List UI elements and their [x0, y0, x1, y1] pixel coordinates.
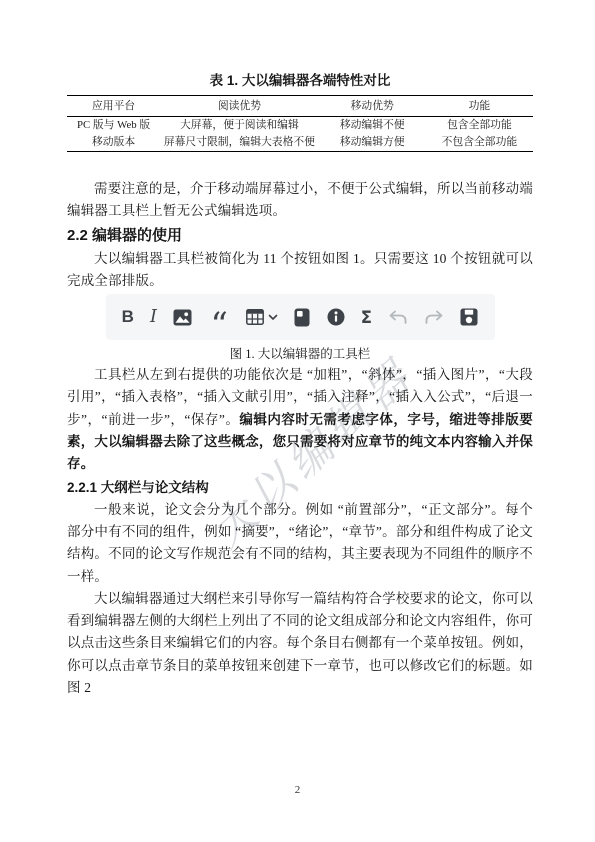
- paragraph-note: 需要注意的是，介于移动端屏幕过小，不便于公式编辑，所以当前移动端编辑器工具栏上暂…: [67, 178, 533, 223]
- table-cell: PC 版与 Web 版: [67, 117, 160, 135]
- page-content: 表 1. 大以编辑器各端特性对比 应用平台 阅读优势 移动优势 功能 PC 版与…: [67, 73, 533, 699]
- comparison-table: 应用平台 阅读优势 移动优势 功能 PC 版与 Web 版 大屏幕，便于阅读和编…: [67, 95, 533, 152]
- bold-icon: B: [122, 306, 134, 328]
- table-header-row: 应用平台 阅读优势 移动优势 功能: [67, 96, 533, 117]
- paragraph-toolbar-intro: 大以编辑器工具栏被简化为 11 个按钮如图 1。只需要这 10 个按钮就可以完成…: [67, 248, 533, 293]
- table-cell: 移动编辑不便: [319, 117, 426, 135]
- journal-note-icon: [294, 306, 310, 328]
- table-header-cell: 阅读优势: [160, 96, 318, 117]
- table-header-cell: 功能: [426, 96, 533, 117]
- info-icon: [327, 306, 345, 328]
- insert-image-icon: [173, 306, 192, 328]
- table-cell: 屏幕尺寸限制，编辑大表格不便: [160, 134, 318, 152]
- figure-caption: 图 1. 大以编辑器的工具栏: [67, 346, 533, 362]
- section-heading-2-2: 2.2 编辑器的使用: [67, 226, 533, 246]
- table-cell: 包含全部功能: [426, 117, 533, 135]
- paragraph-structure: 一般来说，论文会分为几个部分。例如 “前置部分”，“正文部分”。每个部分中有不同…: [67, 499, 533, 588]
- table-cell: 不包含全部功能: [426, 134, 533, 152]
- formula-icon: Σ: [361, 306, 372, 328]
- table-cell: 移动编辑方便: [319, 134, 426, 152]
- save-icon: [460, 306, 478, 328]
- table-cell: 移动版本: [67, 134, 160, 152]
- italic-icon: I: [150, 306, 157, 328]
- document-page: 大以编辑器 表 1. 大以编辑器各端特性对比 应用平台 阅读优势 移动优势 功能…: [0, 0, 595, 842]
- table-caption: 表 1. 大以编辑器各端特性对比: [67, 73, 533, 88]
- chevron-down-icon: [268, 314, 278, 321]
- redo-icon: [424, 306, 444, 328]
- undo-icon: [388, 306, 408, 328]
- insert-table-icon: [246, 306, 278, 328]
- paragraph-toolbar-functions: 工具栏从左到右提供的功能依次是 “加粗”，“斜体”，“插入图片”，“大段引用”，…: [67, 364, 533, 475]
- table-row: 移动版本 屏幕尺寸限制，编辑大表格不便 移动编辑方便 不包含全部功能: [67, 134, 533, 152]
- blockquote-icon: “: [208, 314, 230, 336]
- editor-toolbar-figure: B I “: [106, 294, 495, 340]
- paragraph-outline: 大以编辑器通过大纲栏来引导你写一篇结构符合学校要求的论文，你可以看到编辑器左侧的…: [67, 588, 533, 699]
- table-header-cell: 移动优势: [319, 96, 426, 117]
- page-number: 2: [0, 784, 595, 796]
- table-cell: 大屏幕，便于阅读和编辑: [160, 117, 318, 135]
- section-heading-2-2-1: 2.2.1 大纲栏与论文结构: [67, 478, 533, 497]
- table-row: PC 版与 Web 版 大屏幕，便于阅读和编辑 移动编辑不便 包含全部功能: [67, 117, 533, 135]
- table-header-cell: 应用平台: [67, 96, 160, 117]
